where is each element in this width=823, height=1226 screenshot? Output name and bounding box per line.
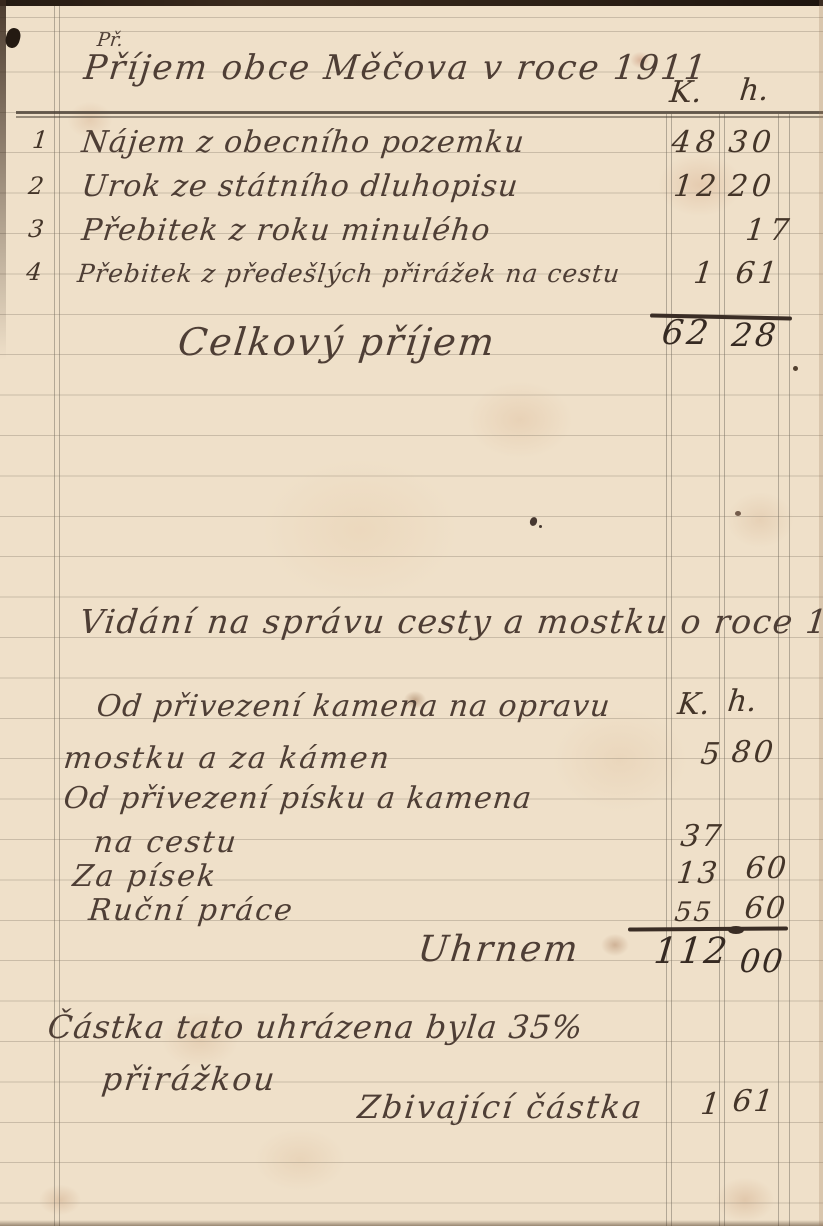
ink-speck-3 [793, 366, 798, 371]
row-number: 1 [31, 127, 49, 153]
entry-label: na cestu [92, 826, 240, 859]
amount-h: 80 [730, 736, 778, 769]
column-k-left-line-1 [666, 114, 667, 1226]
entry-label: Nájem z obecního pozemku [80, 126, 526, 159]
amount-h: 60 [744, 852, 790, 885]
ink-speck-4 [735, 511, 741, 516]
row-number: 2 [27, 173, 45, 199]
expenses-title: Vidání na správu cesty a mostku o roce 1… [78, 604, 823, 640]
amount-k: 1 [692, 257, 715, 290]
entry-label: Od přivezení kamena na opravu [95, 690, 612, 723]
expenses-total-label: Uhrnem [416, 930, 582, 970]
footer-note-line1: Částka tato uhrázena byla 35% [46, 1010, 585, 1045]
entry-label: Za písek [71, 860, 219, 893]
row-number: 3 [27, 216, 45, 242]
ink-speck-1 [529, 516, 539, 527]
amount-k: 48 [670, 126, 722, 159]
entry-label: Urok ze státního dluhopisu [80, 170, 520, 203]
income-total-k: 62 [660, 315, 713, 352]
header-rule-top [16, 111, 823, 114]
column-h-left-line-2 [724, 114, 725, 1226]
amount-k: 12 [672, 170, 722, 203]
entry-label: Od přivezení písku a kamena [62, 782, 534, 815]
amount-h: 30 [727, 126, 777, 159]
column-right-line-2 [789, 114, 790, 1226]
remainder-h: 61 [731, 1085, 777, 1118]
left-scan-edge [0, 0, 6, 360]
amount-h: 60 [743, 892, 789, 925]
amount-k: 13 [675, 857, 721, 890]
ink-speck-2 [539, 525, 542, 528]
amount-h: 20 [727, 170, 777, 203]
footer-note-line2: přirážkou [100, 1062, 278, 1097]
row-number: 4 [25, 259, 43, 285]
expenses-total-h: 00 [738, 944, 786, 979]
income-total-h: 28 [730, 318, 780, 353]
expenses-total-k: 112 [652, 932, 731, 972]
remainder-label: Zbivající částka [356, 1090, 645, 1125]
left-corner-mark [4, 27, 23, 50]
entry-label: mostku a za kámen [62, 742, 393, 775]
amount-h: 61 [734, 257, 782, 290]
remainder-k: 1 [699, 1088, 722, 1121]
top-scan-edge [0, 0, 823, 6]
income-column-header-h: h. [738, 74, 770, 107]
expenses-column-header-k: K. [676, 688, 711, 721]
column-k-left-line-2 [671, 114, 672, 1226]
income-title: Příjem obce Měčova v roce 1911 [82, 50, 710, 87]
bottom-scan-edge [0, 1220, 823, 1226]
amount-k: 55 [673, 898, 714, 928]
entry-label: Ruční práce [87, 894, 296, 927]
income-total-label: Celkový příjem [176, 322, 498, 364]
ledger-page: Př. Příjem obce Měčova v roce 1911 K. h.… [0, 0, 823, 1226]
income-column-header-k: K. [668, 76, 703, 109]
amount-k: 37 [679, 820, 725, 853]
header-rule-bottom [16, 116, 823, 118]
column-h-left-line-1 [719, 114, 720, 1226]
amount-k: 5 [699, 738, 722, 771]
entry-label: Přebitek z roku minulého [80, 214, 492, 247]
amount-h: 17 [744, 214, 796, 247]
expenses-column-header-h: h. [726, 685, 758, 718]
entry-label: Přebitek z předešlých přirážek na cestu [76, 260, 622, 288]
